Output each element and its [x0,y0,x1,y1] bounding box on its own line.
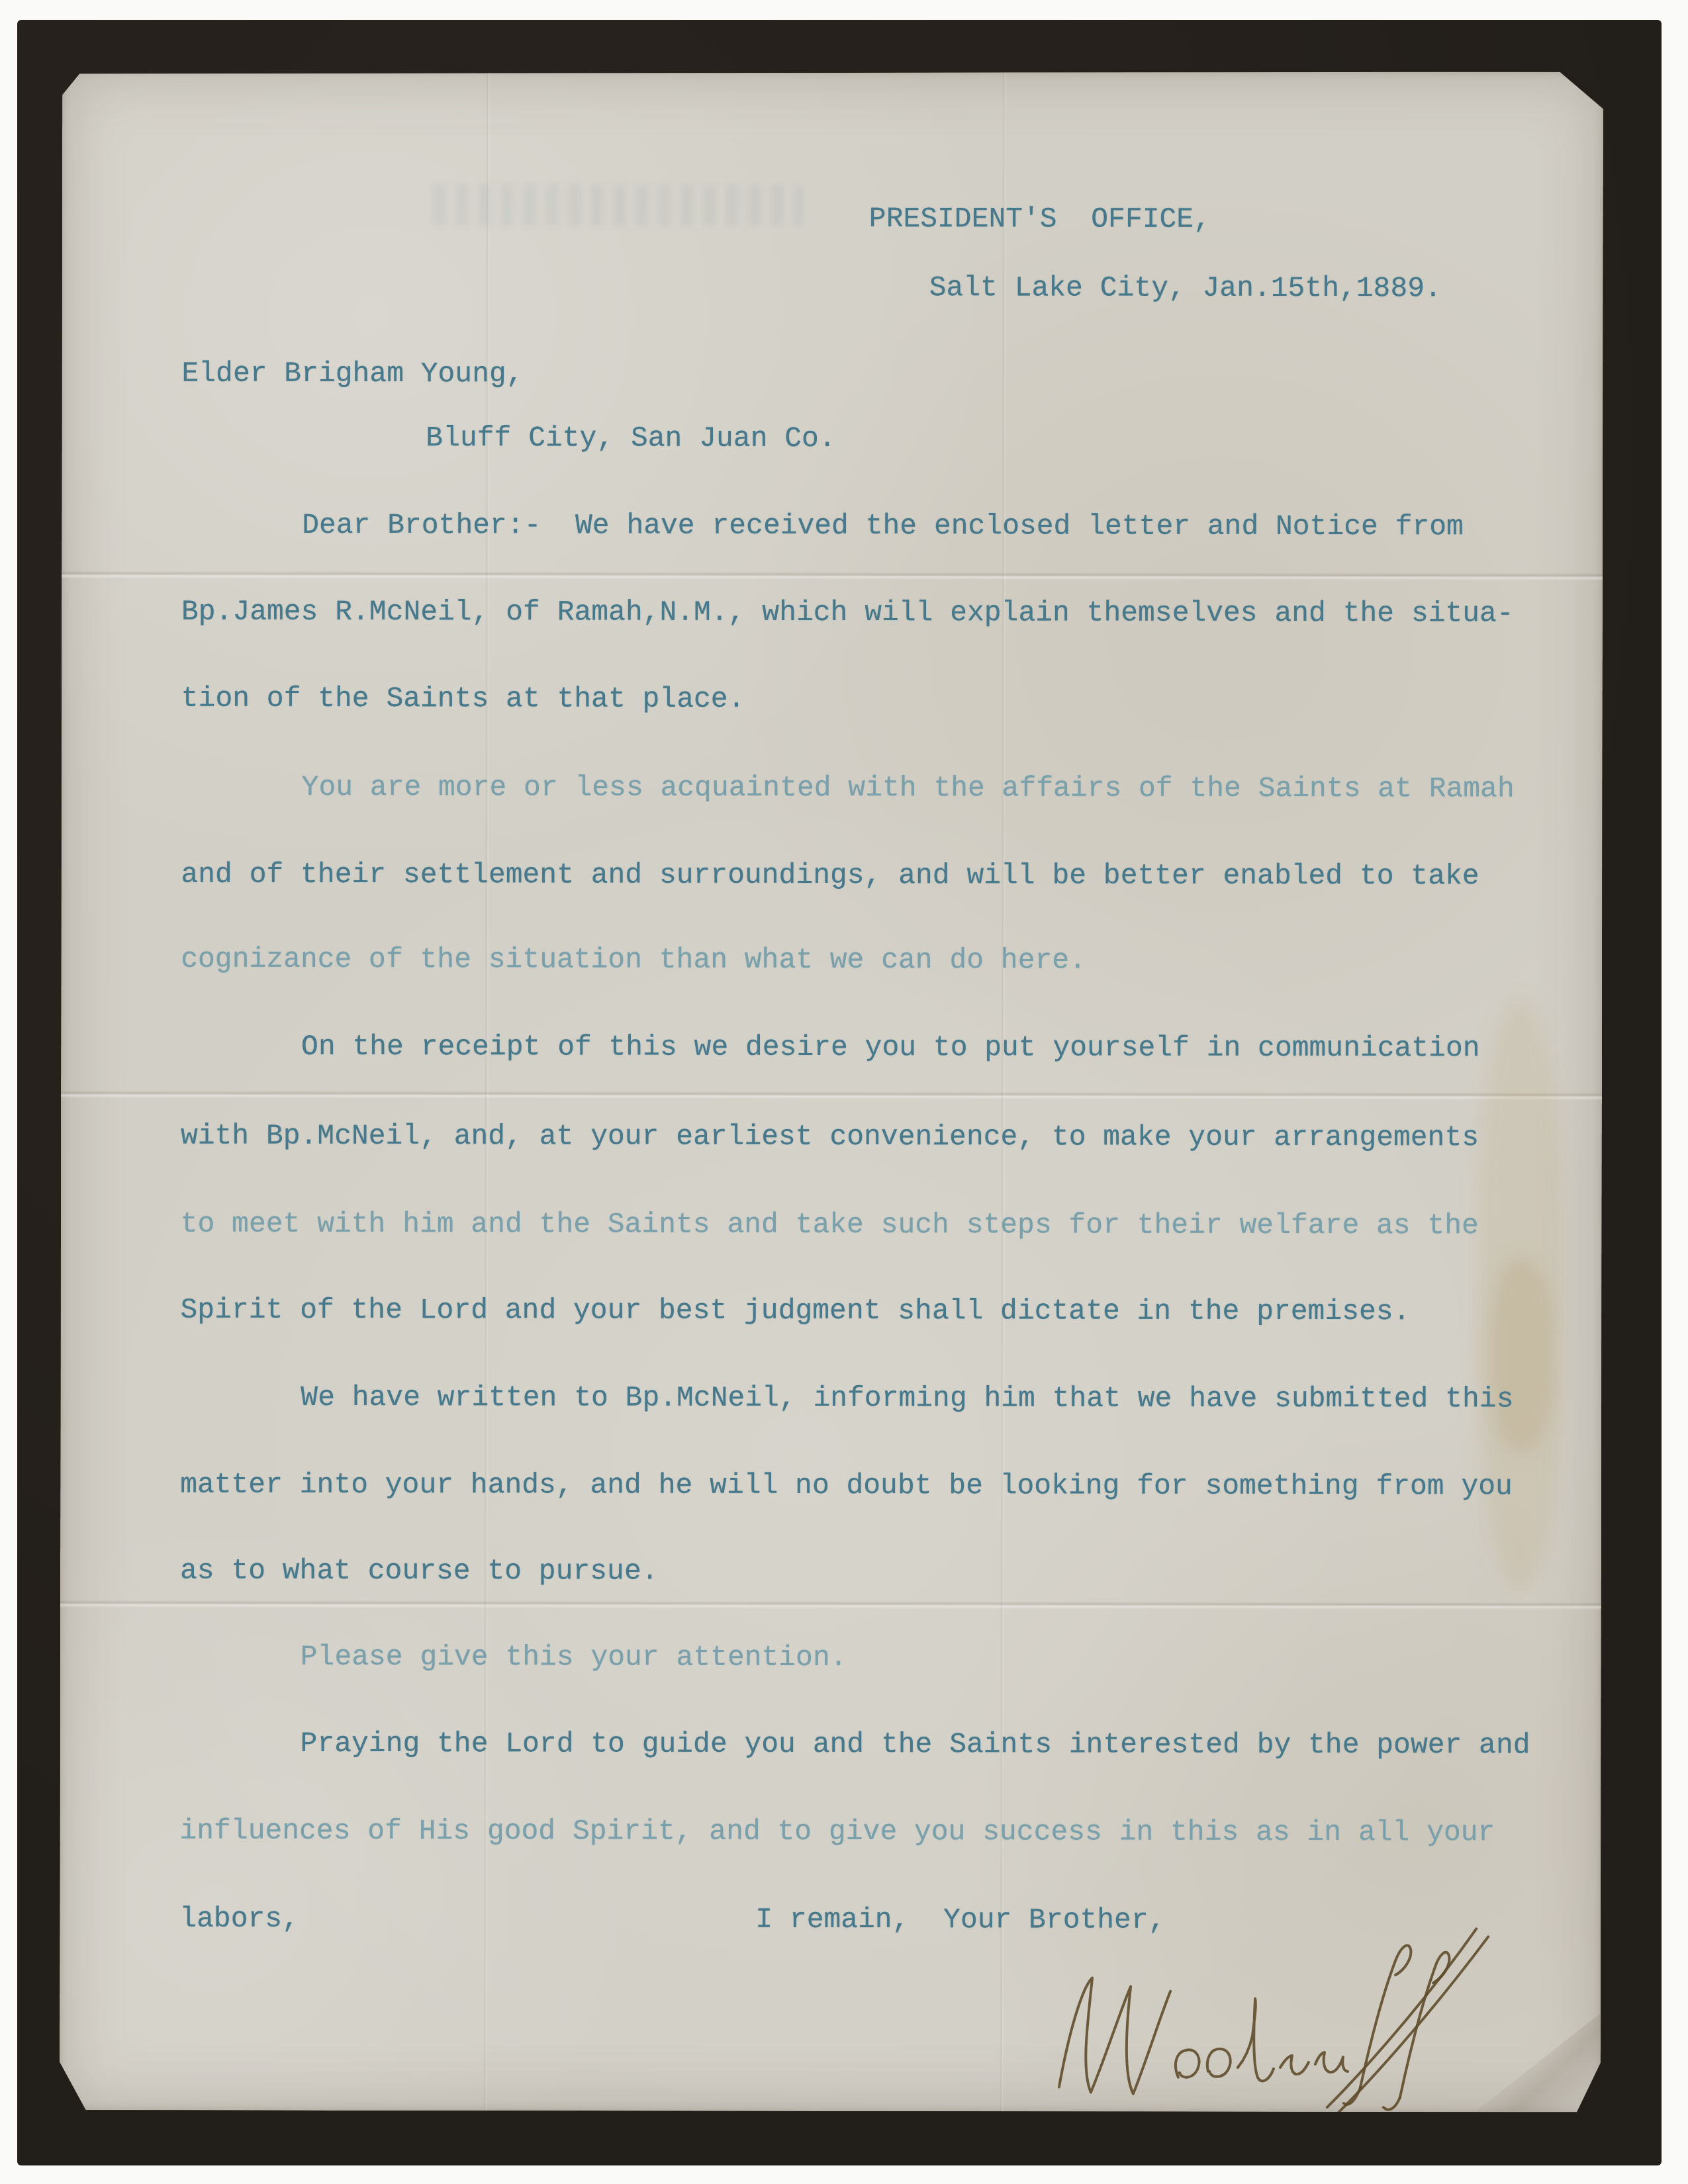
body-line: Please give this your attention. [301,1642,847,1673]
paper-stain [1490,1256,1553,1455]
signature-stroke-r [1280,2056,1309,2074]
scanned-letter-page: { "colors": { "ink": "#47798c", "ink-fai… [0,0,1688,2184]
signature-stroke-o [1207,2049,1231,2077]
body-line: with Bp.McNeil, and, at your earliest co… [181,1121,1479,1154]
fold-crease [62,570,1603,580]
signature-descender [1383,2097,1400,2110]
signature-stroke-d [1238,1999,1274,2081]
letterhead-dateline: Salt Lake City, Jan.15th,1889. [929,273,1442,304]
body-line: Praying the Lord to guide you and the Sa… [301,1729,1530,1761]
signature-flourish [1327,1929,1476,2107]
body-line: We have written to Bp.McNeil, informing … [301,1383,1513,1415]
body-line: matter into your hands, and he will no d… [180,1470,1513,1502]
closing-labors: labors, [179,1904,299,1934]
signature-stroke-o [1176,2050,1199,2077]
letter-paper: PRESIDENT'S OFFICE, Salt Lake City, Jan.… [60,69,1603,2112]
body-line: as to what course to pursue. [180,1556,659,1587]
body-line: tion of the Saints at that place. [181,684,745,715]
erased-text-smudge [433,184,804,227]
body-line: influences of His good Spirit, and to gi… [179,1816,1495,1848]
body-line: cognizance of the situation than what we… [181,944,1086,976]
signature-descender [1344,2087,1360,2105]
signature-stroke-w [1059,1978,1170,2093]
body-line: Dear Brother:- We have received the encl… [302,510,1464,542]
body-line: On the receipt of this we desire you to … [301,1032,1480,1064]
body-line: You are more or less acquainted with the… [302,772,1515,805]
body-line: to meet with him and the Saints and take… [181,1209,1479,1242]
body-line: Bp.James R.McNeil, of Ramah,N.M., which … [181,597,1514,629]
signature [973,1868,1530,2120]
fold-crease [61,1090,1602,1100]
letterhead-office: PRESIDENT'S OFFICE, [869,204,1211,235]
addressee-location: Bluff City, San Juan Co. [426,423,835,454]
fold-crease [60,1600,1601,1610]
body-line: and of their settlement and surroundings… [181,860,1479,892]
body-line: Spirit of the Lord and your best judgmen… [181,1295,1411,1328]
signature-stroke-u [1315,2052,1348,2072]
addressee-name: Elder Brigham Young, [181,359,523,390]
